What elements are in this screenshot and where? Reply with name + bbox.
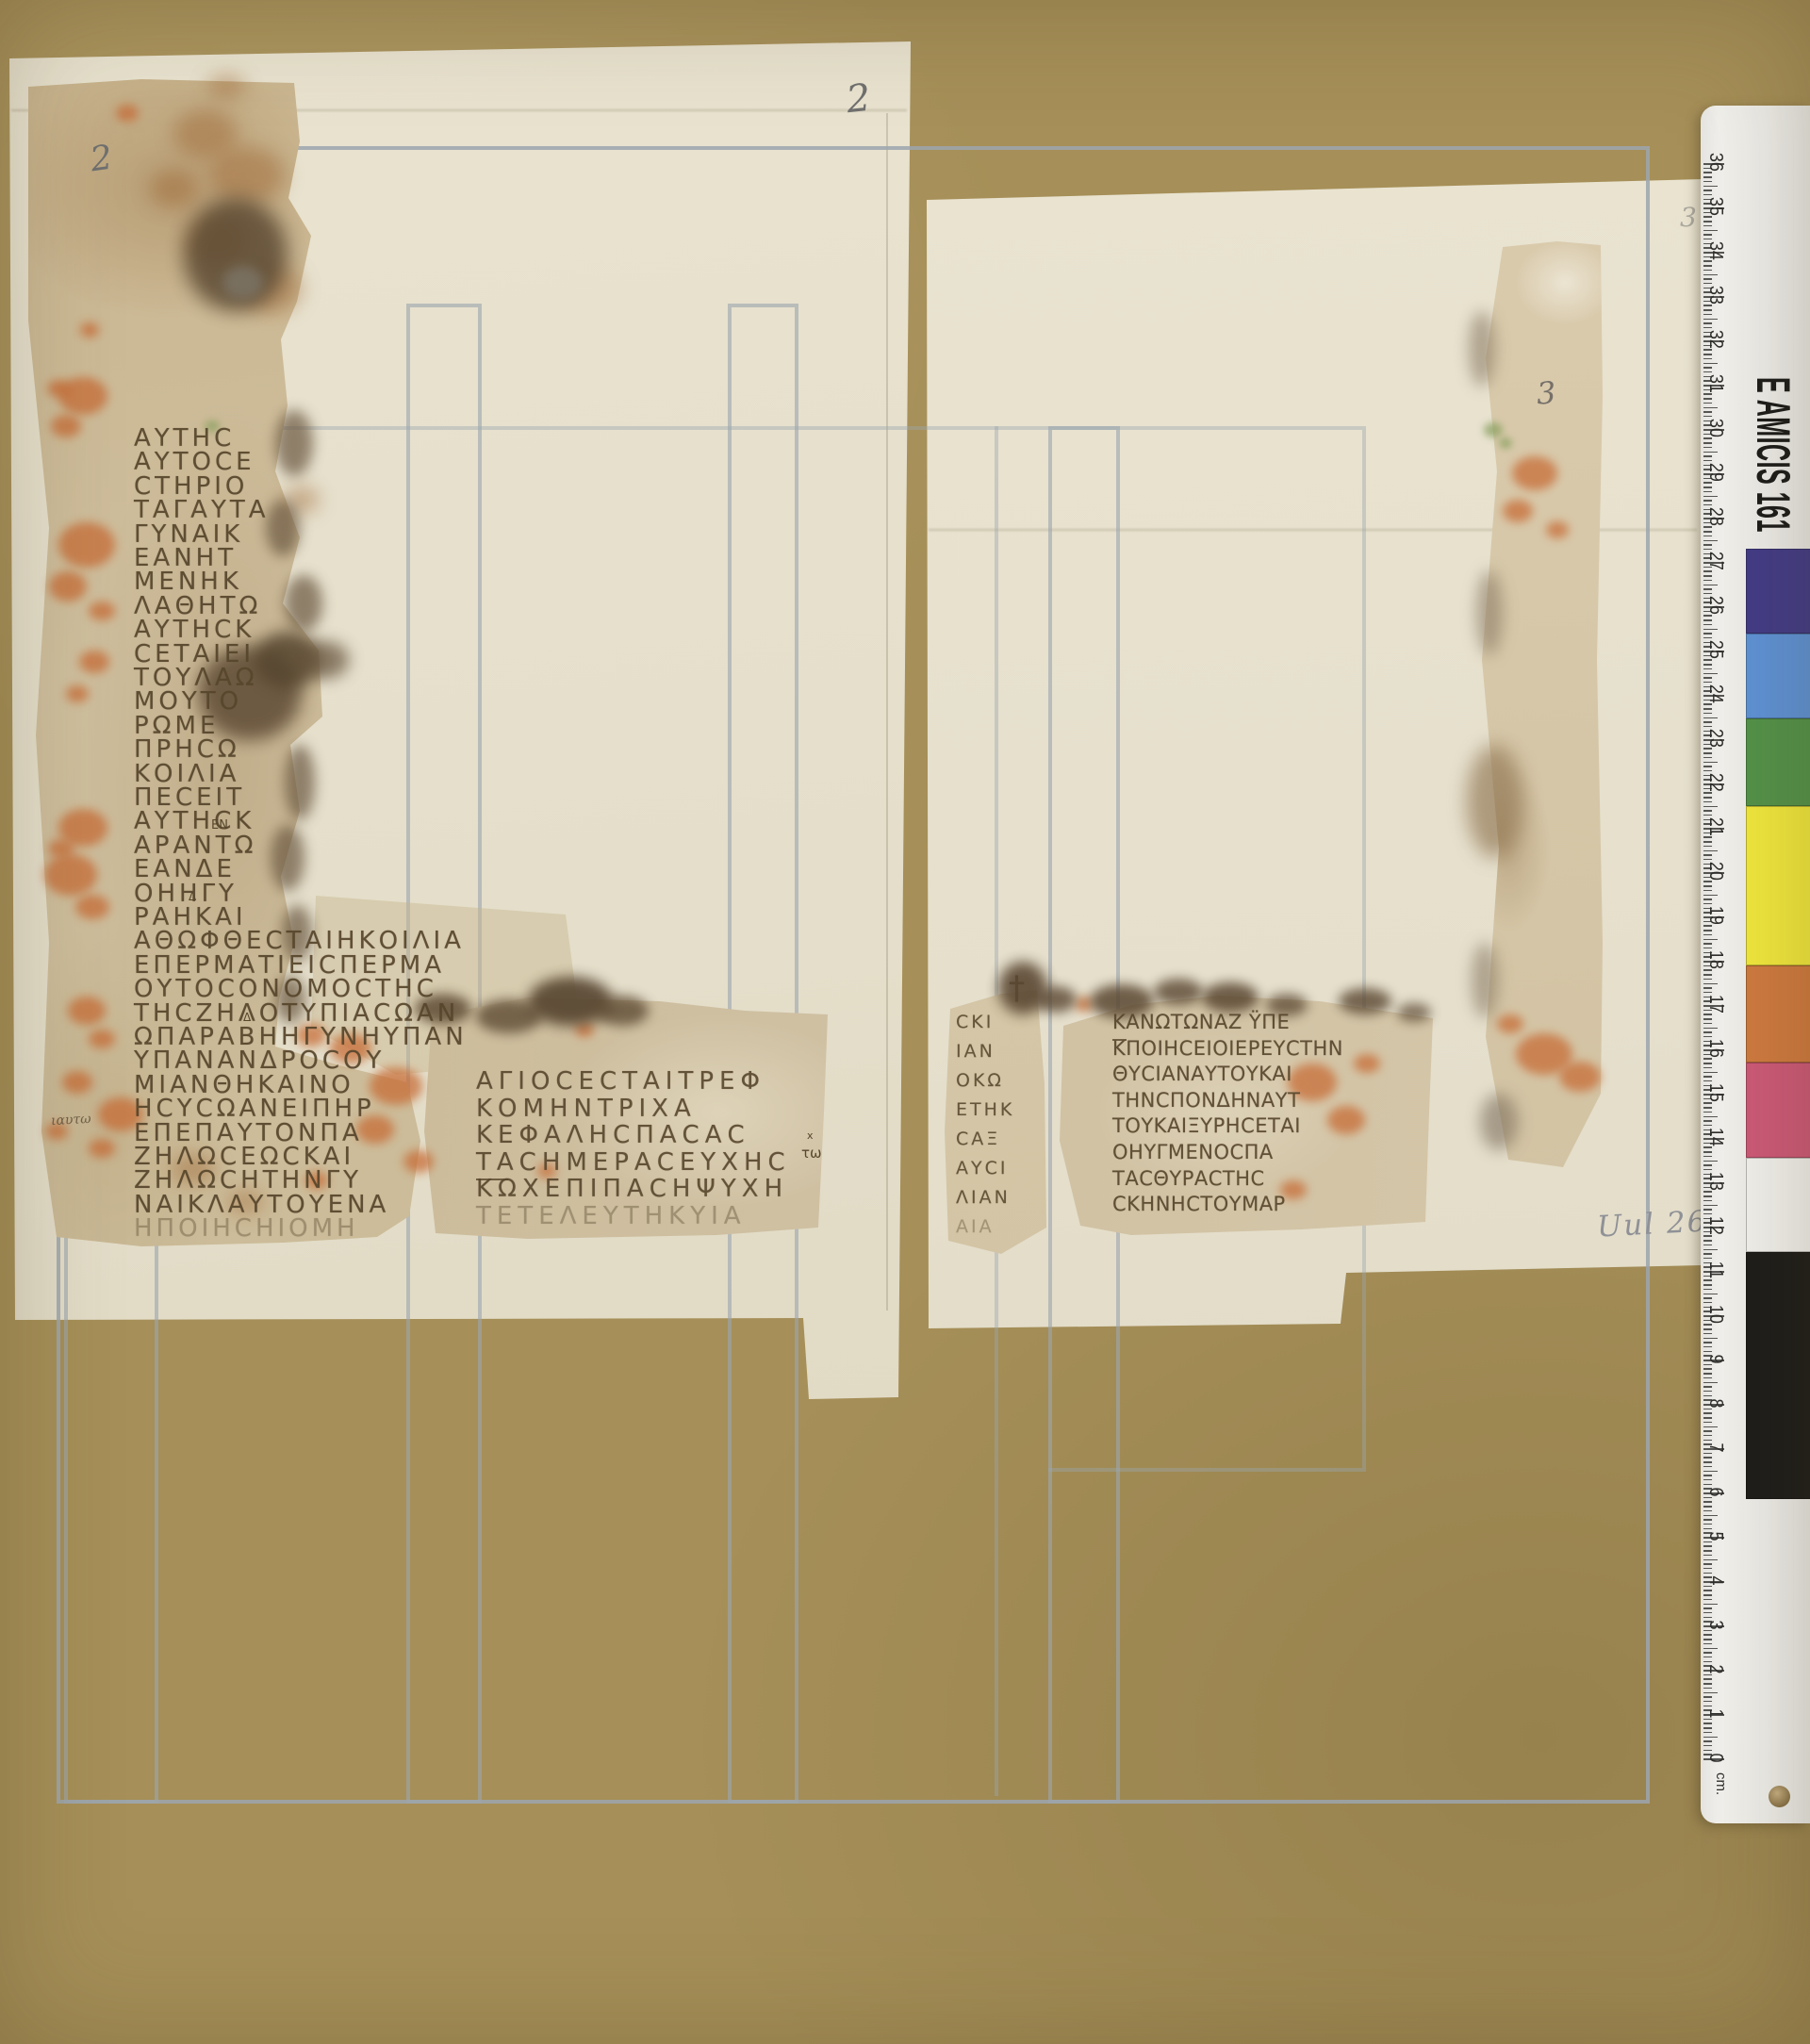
ruler-tick	[1703, 491, 1712, 493]
ruler-tick	[1703, 260, 1712, 262]
ruler-number: 29	[1704, 463, 1726, 482]
ruler-number: 30	[1704, 419, 1726, 437]
text-line: ΤΕΤΕΛΕΥΤΗΚΥΙΑ	[476, 1202, 747, 1230]
stain	[1503, 500, 1533, 522]
ruler-number: 5	[1704, 1531, 1726, 1541]
ruler-tick	[1703, 570, 1712, 572]
ruler-tick	[1703, 1555, 1712, 1557]
ruler-tick	[1703, 810, 1712, 812]
superscript-delta: Δ	[189, 890, 196, 903]
ruler-tick	[1703, 186, 1718, 188]
ruler-tick	[1703, 176, 1712, 178]
ruler-tick	[1703, 1515, 1718, 1517]
text-line: ΘΥϹΙΑΝΑΥΤΟΥΚΑΙ	[1112, 1063, 1292, 1085]
ruler-tick	[1703, 274, 1718, 276]
ruler-tick	[1703, 624, 1712, 626]
ruler-tick	[1703, 1342, 1712, 1343]
ruler-tick	[1703, 403, 1712, 404]
ruler-tick	[1703, 540, 1718, 542]
ruler-tick	[1703, 1324, 1712, 1326]
color-patch-pink	[1746, 1063, 1810, 1158]
ruler-tick	[1703, 1422, 1712, 1424]
ruler-tick	[1703, 992, 1712, 994]
ruler-tick	[1703, 1031, 1712, 1033]
ruler-tick	[1703, 1466, 1712, 1468]
ruler-number: 34	[1704, 241, 1726, 260]
ruler-tick	[1703, 1023, 1712, 1025]
ruler-number: 1	[1704, 1708, 1726, 1718]
ruler-tick	[1703, 1630, 1712, 1632]
ruler-tick	[1703, 615, 1712, 617]
ruler-tick	[1703, 354, 1712, 355]
ruler-tick	[1703, 504, 1712, 506]
stain	[207, 75, 245, 98]
ruler-number: 3	[1704, 1620, 1726, 1629]
ruler-tick	[1703, 1195, 1712, 1197]
ruler-tick	[1703, 437, 1712, 439]
ruler-tick	[1703, 1116, 1718, 1118]
ruler-tick	[1703, 1475, 1712, 1476]
ruler-tick	[1703, 585, 1718, 586]
ruler-tick	[1703, 536, 1712, 537]
ruler-number: 26	[1704, 596, 1726, 615]
ruler-tick	[1703, 1417, 1712, 1419]
ruler-number: 33	[1704, 286, 1726, 305]
ruler-tick	[1703, 841, 1712, 843]
ruler-tick	[1703, 1063, 1712, 1064]
ruler-number: 7	[1704, 1442, 1726, 1452]
ruler-tick	[1703, 974, 1712, 976]
ruler-tick	[1703, 1338, 1718, 1340]
stain	[1546, 521, 1569, 538]
stain	[222, 266, 264, 300]
stain	[1559, 1062, 1601, 1092]
ruler-number: 15	[1704, 1083, 1726, 1102]
ruler-tick	[1703, 1333, 1712, 1335]
ruler-tick	[1703, 1612, 1712, 1614]
stain	[1512, 456, 1557, 490]
ruler-tick	[1703, 677, 1712, 679]
ruler-tick	[1703, 1028, 1718, 1030]
ruler-tick	[1703, 270, 1712, 272]
ruler-number: 27	[1704, 552, 1726, 570]
color-patch-blue	[1746, 634, 1810, 718]
ruler-tick	[1703, 322, 1712, 324]
stain	[285, 575, 322, 632]
ruler-tick	[1703, 1545, 1712, 1547]
stain	[1354, 1054, 1380, 1073]
ruler-tick	[1703, 1067, 1712, 1069]
ruler-number: 20	[1704, 862, 1726, 881]
stain	[275, 410, 313, 476]
ruler-tick	[1703, 393, 1712, 395]
stain	[150, 170, 199, 207]
ruler-tick	[1703, 363, 1718, 365]
ruler-tick	[1703, 1501, 1712, 1503]
ruler-tick	[1703, 1373, 1712, 1375]
ruler-tick	[1703, 1617, 1712, 1619]
ruler-tick	[1703, 1657, 1712, 1658]
ruler-tick	[1703, 801, 1712, 803]
ruler-number: 0	[1704, 1753, 1726, 1762]
ruler-tick	[1703, 1541, 1712, 1543]
ruler-number: 9	[1704, 1354, 1726, 1363]
ruler-tick	[1703, 1590, 1712, 1591]
stain	[1472, 943, 1498, 1018]
ruler-tick	[1703, 1014, 1712, 1015]
ruler-tick	[1703, 1018, 1712, 1020]
ruler-tick	[1703, 482, 1712, 484]
ruler-number: 25	[1704, 640, 1726, 659]
ruler-tick	[1703, 1648, 1718, 1650]
ruler-tick	[1703, 1245, 1712, 1246]
ruler-tick	[1703, 327, 1712, 329]
text-line: ΚΠΟΙΗϹΕΙΟΙΕΡΕΥϹΤΗΝ	[1112, 1037, 1343, 1060]
ruler-tick	[1703, 216, 1712, 218]
mount-line-segment	[1362, 426, 1366, 1468]
text-line: ϹΑΞ	[956, 1129, 1000, 1149]
ruler-tick	[1703, 1727, 1712, 1729]
ruler-tick	[1703, 659, 1712, 661]
ruler-tick	[1703, 757, 1712, 759]
ruler-tick	[1703, 305, 1712, 306]
ruler-tick	[1703, 682, 1712, 684]
stain	[1497, 1014, 1523, 1033]
ruler-tick	[1703, 890, 1712, 892]
ruler-tick	[1703, 846, 1712, 848]
ruler-tick	[1703, 1732, 1712, 1734]
ruler-tick	[1703, 1328, 1712, 1330]
text-line: ΚΩΧΕΠΙΠΑϹΗΨΥΧΗ	[476, 1175, 788, 1203]
text-line: ϹΚΗΝΗϹΤΟΥΜΑΡ	[1112, 1193, 1286, 1215]
ruler-tick	[1703, 1719, 1712, 1721]
superscript-en: ΕΝ	[211, 818, 228, 832]
ruler-tick	[1703, 806, 1718, 808]
ruler-tick	[1703, 766, 1712, 767]
text-line: ΟΚΩ	[956, 1070, 1004, 1091]
ruler-tick	[1703, 1639, 1712, 1640]
ruler-tick	[1703, 1457, 1712, 1459]
ruler-tick	[1703, 1440, 1712, 1442]
stain	[75, 895, 109, 919]
ruler-number: 32	[1704, 330, 1726, 349]
stain	[1484, 422, 1503, 437]
ruler-tick	[1703, 1426, 1718, 1428]
ruler-tick	[1703, 1430, 1712, 1432]
ruler-tick	[1703, 1652, 1712, 1654]
ruler-tick	[1703, 1674, 1712, 1676]
text-line: ΤΟΥΚΑΙΞΥΡΗϹΕΤΑΙ	[1112, 1114, 1301, 1137]
stain	[116, 105, 139, 122]
ruler-tick	[1703, 983, 1718, 985]
ruler-tick	[1703, 1519, 1712, 1521]
ruler-tick	[1703, 930, 1712, 931]
ruler-tick	[1703, 1453, 1712, 1455]
stain	[403, 1150, 434, 1173]
stain	[58, 522, 115, 568]
ruler-tick	[1703, 1076, 1712, 1078]
ruler-tick	[1703, 836, 1712, 838]
ruler-tick	[1703, 1125, 1712, 1127]
folio-number-pencil: 3	[1536, 374, 1557, 411]
ruler-tick	[1703, 721, 1712, 723]
ruler-tick	[1703, 934, 1712, 936]
ruler-tick	[1703, 230, 1718, 232]
ruler-tick	[1703, 885, 1712, 887]
ruler-tick	[1703, 496, 1718, 498]
ruler-tick	[1703, 925, 1712, 927]
ruler-tick	[1703, 637, 1712, 639]
stain	[1397, 1003, 1431, 1022]
ruler-tick	[1703, 1364, 1712, 1366]
ruler-number: 36	[1704, 153, 1726, 172]
ruler-tick	[1703, 1586, 1712, 1588]
ruler-tick	[1703, 593, 1712, 595]
ruler-tick	[1703, 1745, 1712, 1747]
text-line: ΤΗΝϹΠΟΝΔΗΝΑΥΤ	[1112, 1089, 1300, 1112]
ruler-tick	[1703, 407, 1718, 409]
stain	[302, 641, 349, 679]
ruler-tick	[1703, 1284, 1712, 1286]
ruler-tick	[1703, 1563, 1712, 1565]
text-line: ΟΗΥΓΜΕΝΟϹΠΑ	[1112, 1141, 1274, 1163]
ruler-tick	[1703, 398, 1712, 400]
text-line: ΑΥϹΙ	[956, 1158, 1008, 1179]
ruler-tick	[1703, 1235, 1712, 1237]
superscript-delta: Δ	[243, 1011, 251, 1024]
ruler-tick	[1703, 1706, 1712, 1707]
ruler-collection-label: E AMICIS 161	[1746, 377, 1801, 533]
ruler-tick	[1703, 1151, 1712, 1153]
ruler-tick	[1703, 939, 1718, 941]
ruler-tick	[1703, 1191, 1712, 1193]
ruler-tick	[1703, 1395, 1712, 1397]
ruler-tick	[1703, 221, 1712, 223]
ruler-tick	[1703, 1528, 1712, 1530]
stain	[209, 147, 285, 204]
ruler-tick	[1703, 1258, 1712, 1260]
ruler-number: 6	[1704, 1487, 1726, 1496]
ruler-tick	[1703, 1573, 1712, 1574]
ruler-tick	[1703, 234, 1712, 236]
superscript-to: τω	[801, 1145, 822, 1162]
stain	[285, 745, 315, 820]
ruler-tick	[1703, 633, 1712, 635]
ruler-tick	[1703, 588, 1712, 590]
ruler-tick	[1703, 881, 1712, 882]
ruler-tick	[1703, 1200, 1712, 1202]
ruler-number: 22	[1704, 773, 1726, 792]
stain	[1327, 1106, 1365, 1134]
ruler-tick	[1703, 309, 1712, 311]
ruler-unit-label: cm.	[1713, 1772, 1729, 1795]
ruler-tick	[1703, 987, 1712, 989]
ruler-tick	[1703, 1692, 1718, 1694]
photographic-scale-ruler: E AMICIS 161 cm. 01234567891011121314151…	[1701, 106, 1810, 1823]
ruler-tick	[1703, 1302, 1712, 1304]
text-line: ΤΑϹΘΥΡΑϹΤΗϹ	[1112, 1167, 1265, 1190]
text-line: ΙΑΝ	[956, 1041, 995, 1062]
ruler-tick	[1703, 1678, 1712, 1680]
stain	[1035, 986, 1077, 1013]
nomen-sacrum-overline	[1112, 1039, 1127, 1041]
ruler-tick	[1703, 460, 1712, 462]
ruler-tick	[1703, 1643, 1712, 1645]
ruler-tick	[1703, 1156, 1712, 1158]
ruler-tick	[1703, 619, 1712, 621]
ruler-tick	[1703, 1750, 1712, 1752]
ruler-tick	[1703, 225, 1712, 227]
ruler-tick	[1703, 1249, 1718, 1251]
ruler-number: 16	[1704, 1039, 1726, 1058]
ruler-tick	[1703, 668, 1712, 670]
ruler-tick	[1703, 172, 1712, 173]
ruler-tick	[1703, 1471, 1718, 1473]
ruler-tick	[1703, 1297, 1712, 1299]
ruler-tick	[1703, 948, 1712, 949]
ruler-number: 8	[1704, 1398, 1726, 1408]
stain	[80, 322, 99, 338]
ruler-tick	[1703, 708, 1712, 710]
ruler-tick	[1703, 1107, 1712, 1109]
ruler-tick	[1703, 1213, 1712, 1215]
ruler-number: 14	[1704, 1128, 1726, 1146]
ruler-number: 12	[1704, 1216, 1726, 1235]
ruler-tick	[1703, 455, 1712, 457]
ruler-number: 28	[1704, 507, 1726, 526]
ruler-tick	[1703, 850, 1718, 852]
ruler-tick	[1703, 1253, 1712, 1255]
ruler-tick	[1703, 752, 1712, 754]
ruler-tick	[1703, 1072, 1718, 1074]
ruler-tick	[1703, 575, 1712, 577]
ruler-tick	[1703, 895, 1718, 897]
ruler-tick	[1703, 411, 1712, 413]
ruler-tick	[1703, 1696, 1712, 1698]
text-line: ΑΓΙΟϹΕϹΤΑΙΤΡΕΦ	[476, 1067, 765, 1096]
text-line: ΚΟΜΗΝΤΡΙΧΑ	[476, 1095, 697, 1123]
ruler-tick	[1703, 726, 1712, 728]
stain	[62, 1071, 92, 1094]
text-line: ΚΕΦΑΛΗϹΠΑϹΑϹ	[476, 1121, 750, 1149]
ruler-tick	[1703, 526, 1712, 528]
ruler-number: 21	[1704, 817, 1726, 836]
ruler-tick	[1703, 447, 1712, 449]
stain	[1339, 988, 1391, 1014]
ruler-tick	[1703, 1289, 1712, 1291]
ruler-tick	[1703, 717, 1718, 719]
ruler-tick	[1703, 1412, 1712, 1414]
ruler-tick	[1703, 1506, 1712, 1508]
ruler-tick	[1703, 1279, 1712, 1281]
color-patch-green	[1746, 718, 1810, 806]
stain	[1499, 437, 1512, 449]
ruler-tick	[1703, 1461, 1712, 1463]
ruler-tick	[1703, 1688, 1712, 1690]
stain	[1154, 979, 1203, 1005]
ruler-tick	[1703, 371, 1712, 373]
staurogram-symbol: †	[1009, 969, 1025, 1007]
ruler-tick	[1703, 1409, 1712, 1410]
ruler-tick	[1703, 1058, 1712, 1060]
ruler-tick	[1703, 416, 1712, 418]
ruler-tick	[1703, 442, 1712, 444]
stain	[89, 602, 115, 620]
ruler-tick	[1703, 1161, 1718, 1162]
ruler-tick	[1703, 314, 1712, 316]
stain	[44, 854, 97, 896]
ruler-tick	[1703, 1240, 1712, 1242]
color-patch-black	[1746, 1252, 1810, 1499]
nomen-sacrum-overline	[476, 1179, 508, 1180]
stain	[1467, 745, 1523, 858]
ruler-number: 13	[1704, 1172, 1726, 1191]
ruler-tick	[1703, 1351, 1712, 1353]
ruler-tick	[1703, 1599, 1712, 1601]
ruler-tick	[1703, 1102, 1712, 1104]
ruler-tick	[1703, 283, 1712, 285]
ruler-tick	[1703, 1568, 1712, 1570]
ruler-tick	[1703, 1594, 1712, 1596]
ruler-rivet	[1769, 1786, 1790, 1807]
ruler-tick	[1703, 1510, 1712, 1512]
ruler-tick	[1703, 1559, 1718, 1561]
stain	[266, 500, 300, 556]
ruler-tick	[1703, 762, 1718, 764]
ruler-tick	[1703, 797, 1712, 799]
stain	[89, 1139, 115, 1158]
stain	[1202, 982, 1259, 1013]
ruler-tick	[1703, 1661, 1712, 1663]
ruler-tick	[1703, 1036, 1712, 1038]
edge-mark-pencil: 3	[1680, 202, 1697, 233]
ruler-tick	[1703, 1524, 1712, 1525]
ruler-number: 23	[1704, 729, 1726, 748]
page-number-pencil: 2	[845, 76, 873, 122]
ruler-tick	[1703, 1382, 1718, 1384]
stain	[271, 825, 304, 891]
ruler-tick	[1703, 903, 1712, 905]
ruler-number: 31	[1704, 374, 1726, 393]
ruler-number: 18	[1704, 950, 1726, 969]
text-line: ΑΙΑ	[956, 1216, 995, 1237]
superscript-x-mark: x	[807, 1129, 814, 1142]
stain	[596, 996, 649, 1026]
ruler-tick	[1703, 358, 1712, 360]
ruler-tick	[1703, 181, 1712, 183]
ruler-tick	[1703, 792, 1712, 794]
ruler-tick	[1703, 544, 1712, 546]
ruler-tick	[1703, 1737, 1718, 1739]
ruler-tick	[1703, 1607, 1712, 1609]
ruler-tick	[1703, 1479, 1712, 1481]
ruler-number: 35	[1704, 197, 1726, 216]
stain	[49, 571, 87, 602]
ruler-tick	[1703, 748, 1712, 750]
ruler-tick	[1703, 1169, 1712, 1171]
ruler-tick	[1703, 1386, 1712, 1388]
stain	[1469, 311, 1495, 387]
text-line: ΚΑΝΩΤΩΝΑΖ ΫΠΕ	[1112, 1011, 1290, 1033]
ruler-tick	[1703, 1294, 1718, 1295]
ruler-tick	[1703, 673, 1718, 675]
ruler-tick	[1703, 1368, 1712, 1370]
ruler-tick	[1703, 1391, 1712, 1393]
ruler-tick	[1703, 1604, 1718, 1606]
ruler-tick	[1703, 452, 1718, 453]
ruler-tick	[1703, 1120, 1712, 1122]
ruler-tick	[1703, 1164, 1712, 1166]
